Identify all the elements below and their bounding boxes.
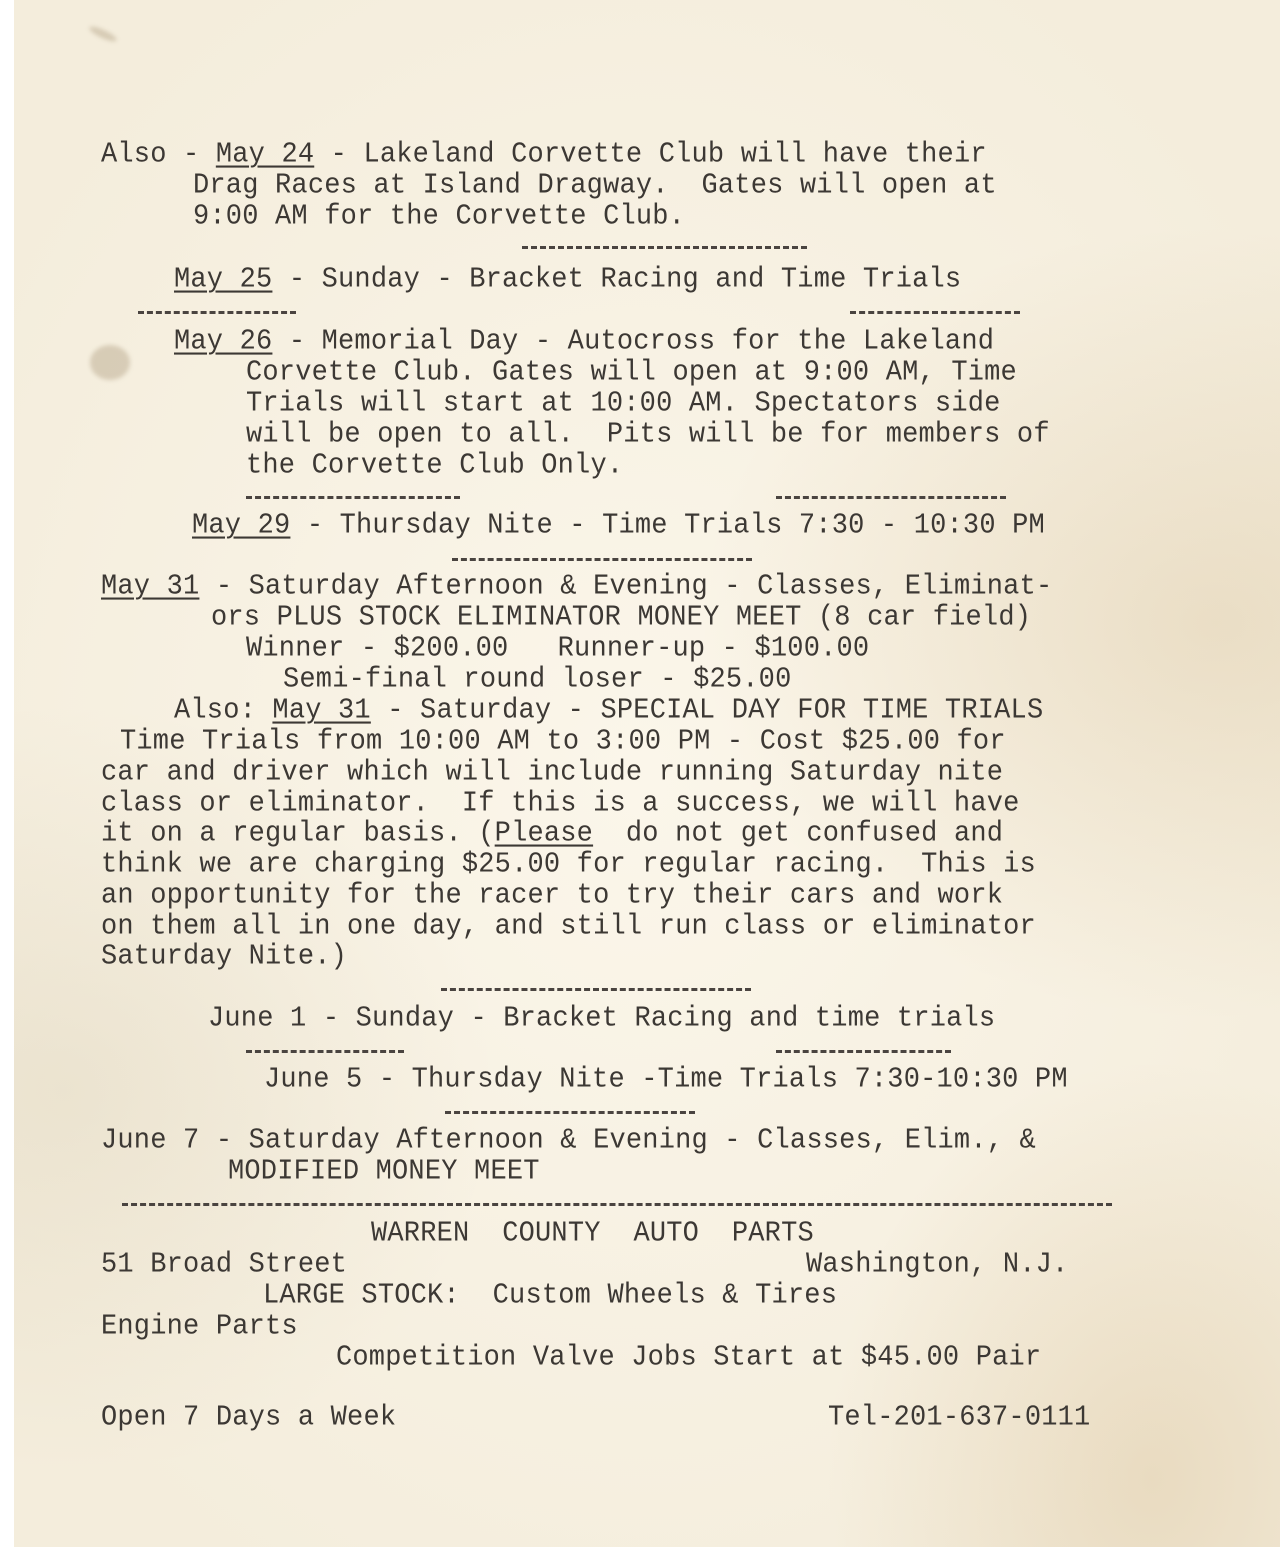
may29-line: May 29 - Thursday Nite - Time Trials 7:3… xyxy=(192,510,1045,542)
may24-line1: Also - May 24 - Lakeland Corvette Club w… xyxy=(101,139,987,171)
may31-special-line1: Also: May 31 - Saturday - SPECIAL DAY FO… xyxy=(174,695,1043,727)
business-phone: Tel-201-637-0111 xyxy=(828,1402,1090,1434)
special-day-text: - Saturday - SPECIAL DAY FOR TIME TRIALS xyxy=(371,695,1044,727)
engine-parts: Engine Parts xyxy=(101,1311,298,1343)
date-may25: May 25 xyxy=(174,264,272,296)
business-hours: Open 7 Days a Week xyxy=(101,1402,396,1434)
stock-line: LARGE STOCK: Custom Wheels & Tires xyxy=(263,1280,837,1312)
text-segment: do not get confused and xyxy=(593,818,1003,850)
june5-line: June 5 - Thursday Nite -Time Trials 7:30… xyxy=(264,1064,1068,1096)
dashed-divider xyxy=(445,1111,695,1114)
also-prefix: Also: xyxy=(174,695,272,727)
may31-line2: ors PLUS STOCK ELIMINATOR MONEY MEET (8 … xyxy=(211,602,1031,634)
may26-line1: May 26 - Memorial Day - Autocross for th… xyxy=(174,326,994,358)
june1-line: June 1 - Sunday - Bracket Racing and tim… xyxy=(208,1003,995,1035)
may26-line3: Trials will start at 10:00 AM. Spectator… xyxy=(246,388,1001,420)
dashed-divider xyxy=(246,496,460,499)
smudge-mark xyxy=(90,345,130,380)
dashed-divider xyxy=(776,1050,951,1053)
may24-line3: 9:00 AM for the Corvette Club. xyxy=(193,201,685,233)
page-edge-bottom xyxy=(0,1547,1280,1557)
may24-line2: Drag Races at Island Dragway. Gates will… xyxy=(193,170,997,202)
may31-line1: May 31 - Saturday Afternoon & Evening - … xyxy=(101,571,1052,603)
dashed-divider xyxy=(441,988,751,991)
may24-text: - Lakeland Corvette Club will have their xyxy=(314,139,987,171)
dashed-divider xyxy=(138,311,296,314)
business-city: Washington, N.J. xyxy=(806,1249,1068,1281)
june7-line1: June 7 - Saturday Afternoon & Evening - … xyxy=(101,1125,1036,1157)
business-name: WARREN COUNTY AUTO PARTS xyxy=(371,1218,814,1250)
date-may24: May 24 xyxy=(216,139,314,171)
may26-text: - Memorial Day - Autocross for the Lakel… xyxy=(272,326,994,358)
smudge-mark xyxy=(88,24,119,44)
may31-special-line8: on them all in one day, and still run cl… xyxy=(101,911,1036,943)
may31-special-line6: think we are charging $25.00 for regular… xyxy=(101,849,1036,881)
may29-text: - Thursday Nite - Time Trials 7:30 - 10:… xyxy=(290,510,1045,542)
may31-text: - Saturday Afternoon & Evening - Classes… xyxy=(199,571,1052,603)
dashed-divider xyxy=(850,311,1020,314)
may31-special-line5: it on a regular basis. (Please do not ge… xyxy=(101,818,1003,850)
text-segment: it on a regular basis. ( xyxy=(101,818,495,850)
may31-special-line7: an opportunity for the racer to try thei… xyxy=(101,880,1003,912)
june7-line2: MODIFIED MONEY MEET xyxy=(228,1156,540,1188)
dashed-divider xyxy=(246,1050,404,1053)
date-may31: May 31 xyxy=(101,571,199,603)
may31-special-line2: Time Trials from 10:00 AM to 3:00 PM - C… xyxy=(120,726,1006,758)
valve-jobs-offer: Competition Valve Jobs Start at $45.00 P… xyxy=(336,1342,1041,1374)
date-may31-special: May 31 xyxy=(272,695,370,727)
may25-line: May 25 - Sunday - Bracket Racing and Tim… xyxy=(174,264,961,296)
dashed-divider-long xyxy=(122,1203,1112,1206)
typewritten-schedule-page: Also - May 24 - Lakeland Corvette Club w… xyxy=(0,0,1280,1557)
may31-prize-line: Winner - $200.00 Runner-up - $100.00 xyxy=(246,633,869,665)
date-may29: May 29 xyxy=(192,510,290,542)
dashed-divider xyxy=(522,246,807,249)
also-prefix: Also - xyxy=(101,139,216,171)
dashed-divider xyxy=(452,558,752,561)
underlined-please: Please xyxy=(495,818,593,850)
may26-line2: Corvette Club. Gates will open at 9:00 A… xyxy=(246,357,1017,389)
may26-line5: the Corvette Club Only. xyxy=(246,450,623,482)
may31-special-line9: Saturday Nite.) xyxy=(101,941,347,973)
may26-line4: will be open to all. Pits will be for me… xyxy=(246,419,1050,451)
may31-semifinal-line: Semi-final round loser - $25.00 xyxy=(283,664,791,696)
may31-special-line4: class or eliminator. If this is a succes… xyxy=(101,788,1020,820)
may25-text: - Sunday - Bracket Racing and Time Trial… xyxy=(272,264,961,296)
dashed-divider xyxy=(776,496,1006,499)
date-may26: May 26 xyxy=(174,326,272,358)
page-edge-left xyxy=(0,0,14,1557)
business-address: 51 Broad Street xyxy=(101,1249,347,1281)
may31-special-line3: car and driver which will include runnin… xyxy=(101,757,1003,789)
